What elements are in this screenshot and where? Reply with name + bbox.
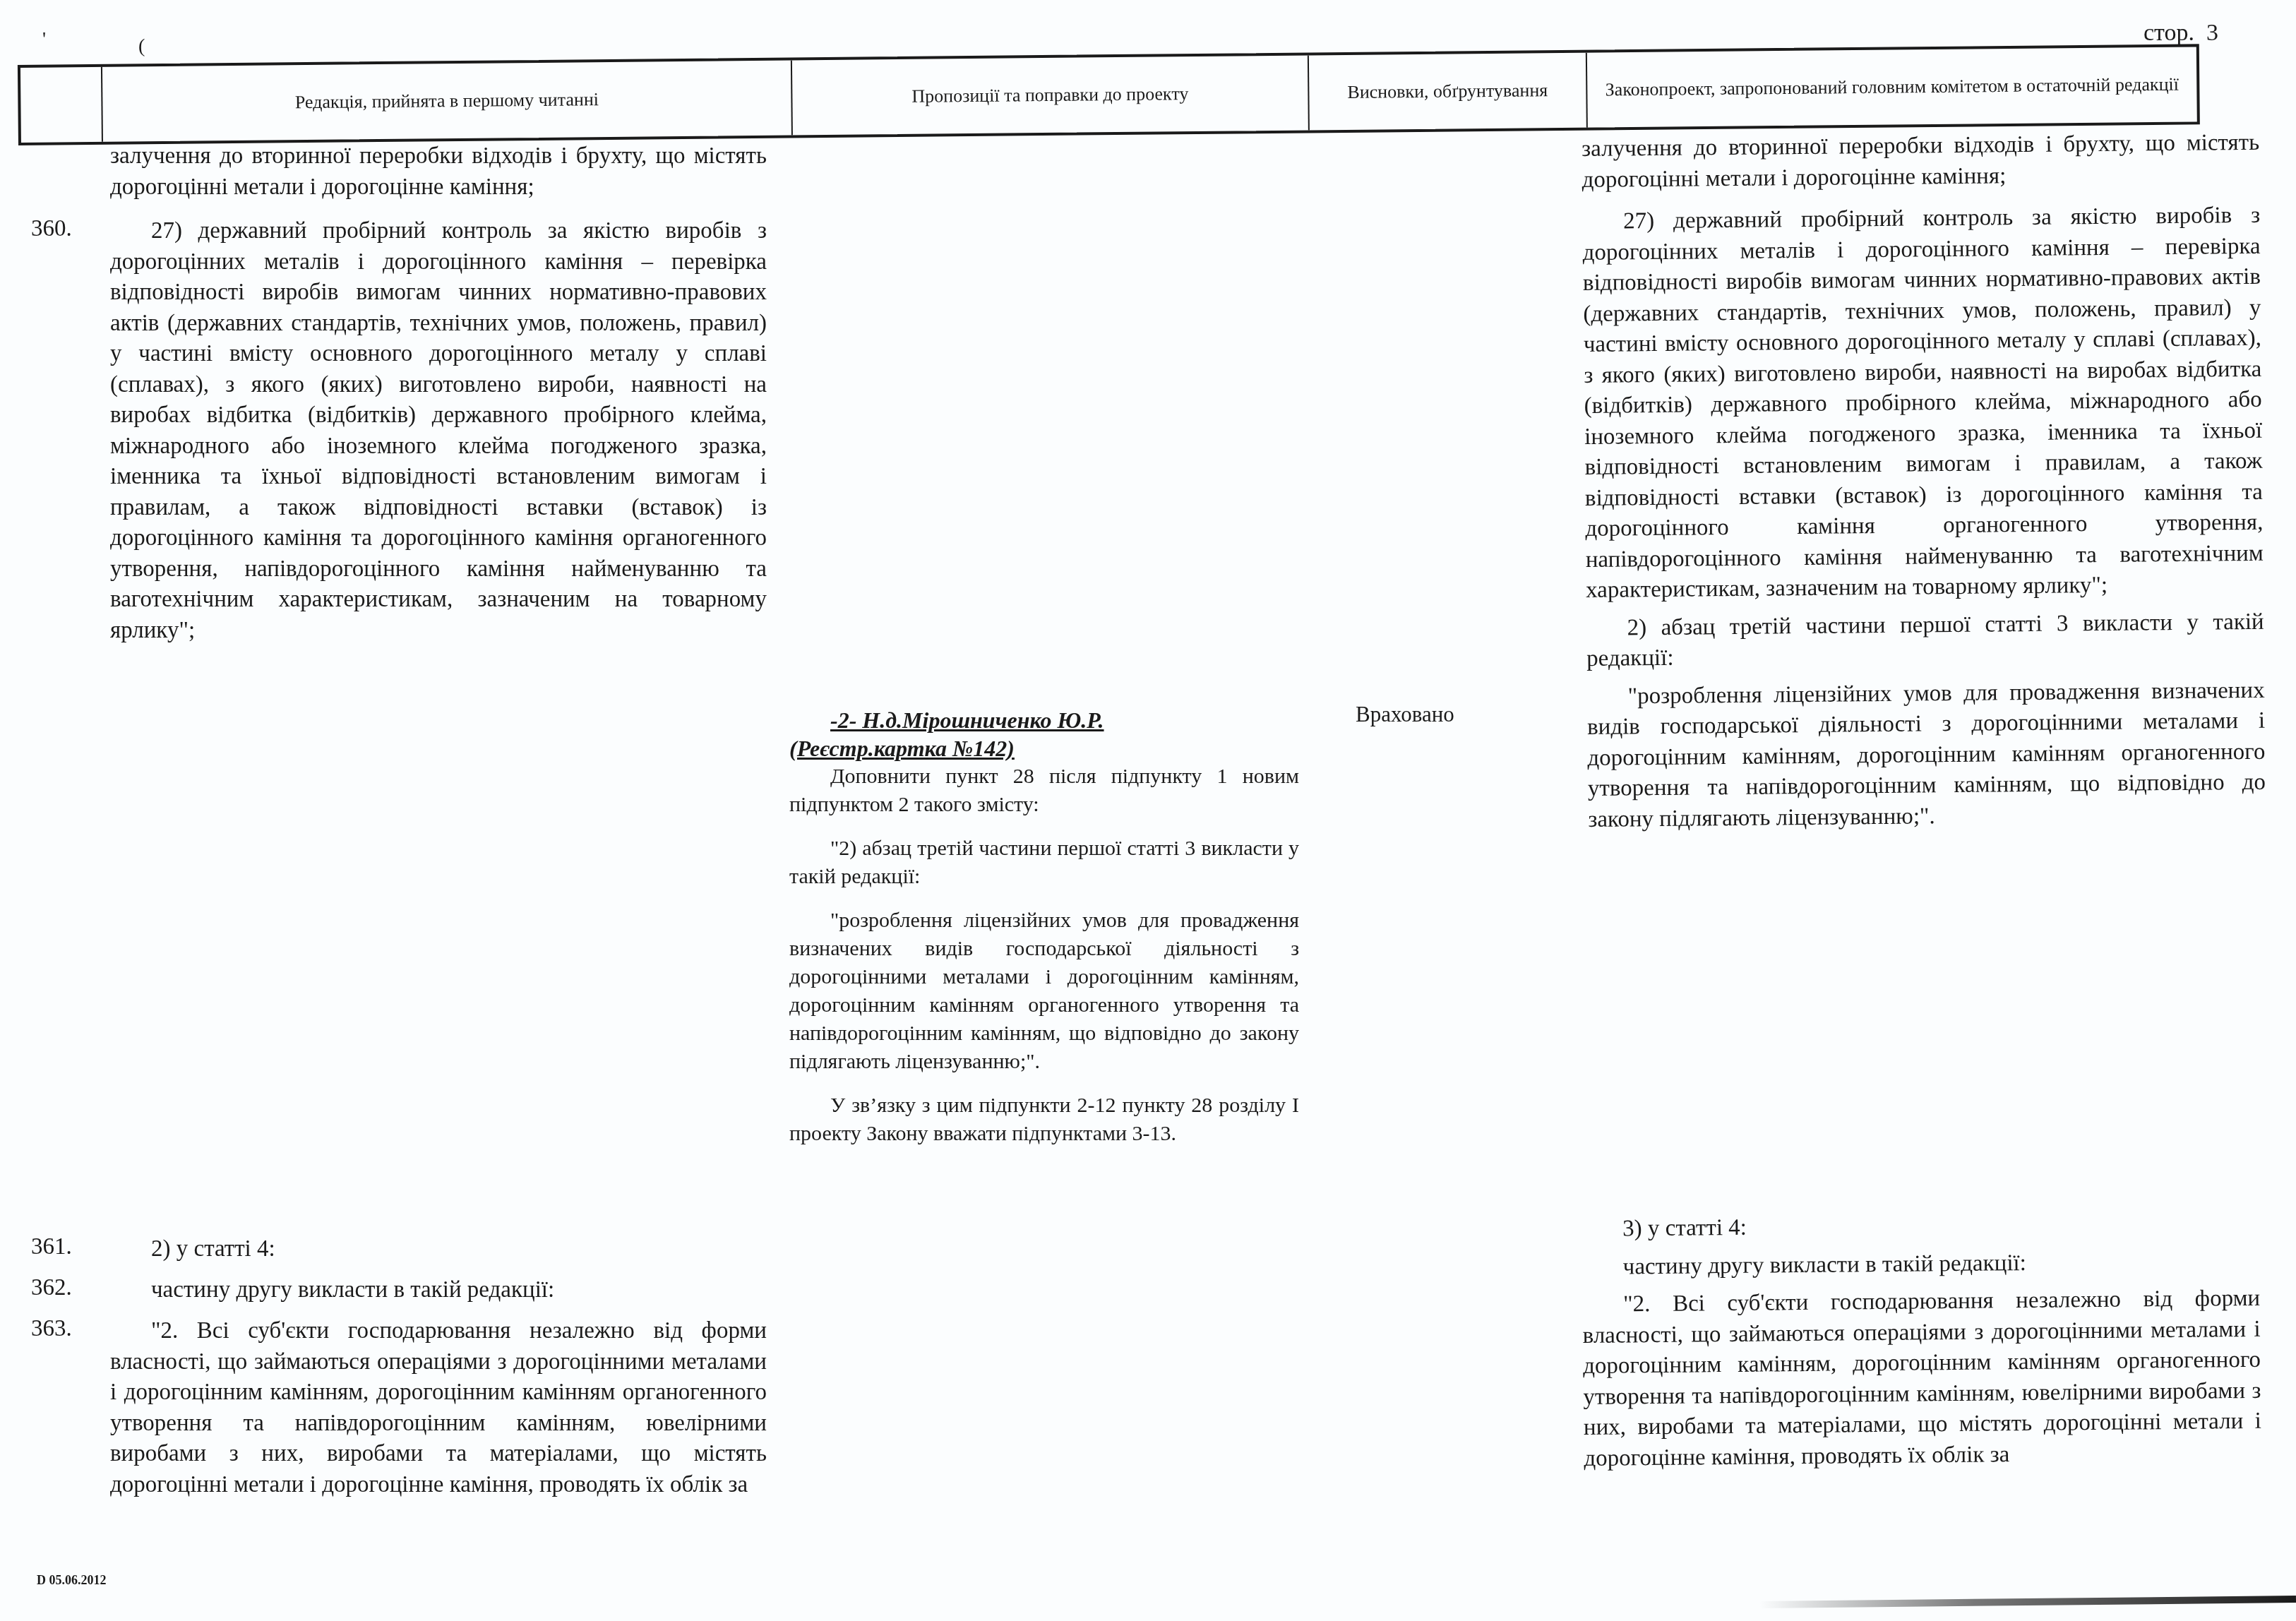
page-number: стор. 3 [2143, 20, 2218, 47]
document-code: D 05.06.2012 [37, 1573, 107, 1588]
row-number: 360. [31, 216, 72, 242]
proposal-author: -2- Н.д.Мірошниченко Ю.Р. [789, 706, 1299, 734]
conclusion-status: Враховано [1356, 699, 1553, 730]
paragraph: 27) державний пробірний контроль за якіс… [110, 216, 767, 646]
proposal-registration-card: (Реєстр.картка №142) [789, 734, 1299, 762]
conclusion-block: Враховано [1356, 699, 1553, 730]
paragraph: Доповнити пункт 28 після підпункту 1 нов… [789, 762, 1299, 819]
page-label: стор. [2143, 20, 2194, 46]
paragraph: залучення до вторинної переробки відході… [1582, 128, 2260, 196]
paragraph: "2. Всі суб'єкти господарювання незалежн… [1582, 1284, 2261, 1474]
first-reading-row-363: "2. Всі суб'єкти господарювання незалежн… [110, 1316, 767, 1500]
row-number: 361. [31, 1234, 72, 1260]
header-final-draft: Законопроект, запропонований головним ко… [1586, 47, 2197, 127]
first-reading-row-362: частину другу викласти в такій редакції: [110, 1275, 767, 1306]
final-draft-block: залучення до вторинної переробки відході… [1582, 128, 2266, 835]
first-reading-row-361: 2) у статті 4: [110, 1234, 767, 1265]
row-number: 362. [31, 1275, 72, 1301]
paragraph: У зв’язку з цим підпункти 2-12 пункту 28… [789, 1091, 1299, 1148]
first-reading-row-360: 27) державний пробірний контроль за якіс… [110, 216, 767, 646]
header-first-reading: Редакція, прийнята в першому читанні [101, 60, 791, 141]
paragraph: 2) у статті 4: [110, 1234, 767, 1265]
page-number-value: 3 [2206, 20, 2218, 46]
header-conclusions: Висновки, обґрунтування [1308, 53, 1586, 131]
proposal-block: -2- Н.д.Мірошниченко Ю.Р. (Реєстр.картка… [789, 706, 1299, 1148]
paragraph: частину другу викласти в такій редакції: [110, 1275, 767, 1306]
header-proposals: Пропозиції та поправки до проекту [791, 55, 1308, 135]
scan-mark: ' [42, 28, 46, 51]
scan-edge-artifact [1759, 1596, 2296, 1608]
final-draft-article-4: 3) у статті 4: частину другу викласти в … [1582, 1208, 2261, 1474]
first-reading-continuation: залучення до вторинної переробки відході… [110, 141, 767, 203]
paragraph: 27) державний пробірний контроль за якіс… [1582, 201, 2264, 606]
paragraph: "2. Всі суб'єкти господарювання незалежн… [110, 1316, 767, 1500]
paragraph: "2) абзац третій частини першої статті 3… [789, 835, 1299, 891]
row-number: 363. [31, 1316, 72, 1342]
comparison-table-header: Редакція, прийнята в першому читанні Про… [18, 44, 2200, 145]
paragraph: "розроблення ліцензійних умов для провад… [1586, 675, 2266, 835]
paragraph: 2) абзац третій частини першої статті 3 … [1586, 606, 2265, 674]
paragraph: "розроблення ліцензійних умов для провад… [789, 907, 1299, 1076]
header-number-column [20, 67, 102, 143]
paragraph: залучення до вторинної переробки відході… [110, 141, 767, 203]
scan-mark: ( [138, 35, 145, 58]
